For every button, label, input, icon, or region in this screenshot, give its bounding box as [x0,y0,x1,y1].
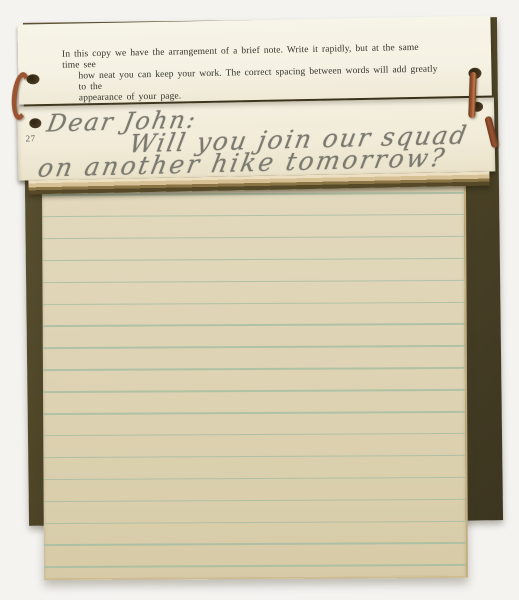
rule-line [43,323,465,327]
rule-line [44,477,466,481]
rule-line [44,498,466,502]
instruction-text: In this copy we have the arrangement of … [62,42,440,104]
rule-line [43,433,465,437]
rule-line [42,236,464,240]
rule-line [42,258,464,262]
handwriting-block: Dear John: Will you join our squad on an… [17,96,496,182]
rule-line [43,367,465,371]
copy-strip: 27 Dear John: Will you join our squad on… [17,97,495,180]
photo-scene: In this copy we have the arrangement of … [0,0,519,600]
instruction-card: In this copy we have the arrangement of … [17,15,491,104]
rule-line [43,301,465,305]
rule-line [43,411,465,415]
rule-line [43,345,465,349]
rule-line [43,455,465,459]
rule-line [44,520,466,524]
rule-line [44,542,466,546]
rule-line [42,279,464,283]
rule-line [44,564,466,568]
rule-lines [42,184,466,578]
ruled-writing-paper [42,184,468,580]
copybook-stack: In this copy we have the arrangement of … [15,9,497,198]
rule-line [43,389,465,393]
rule-line [42,214,464,218]
